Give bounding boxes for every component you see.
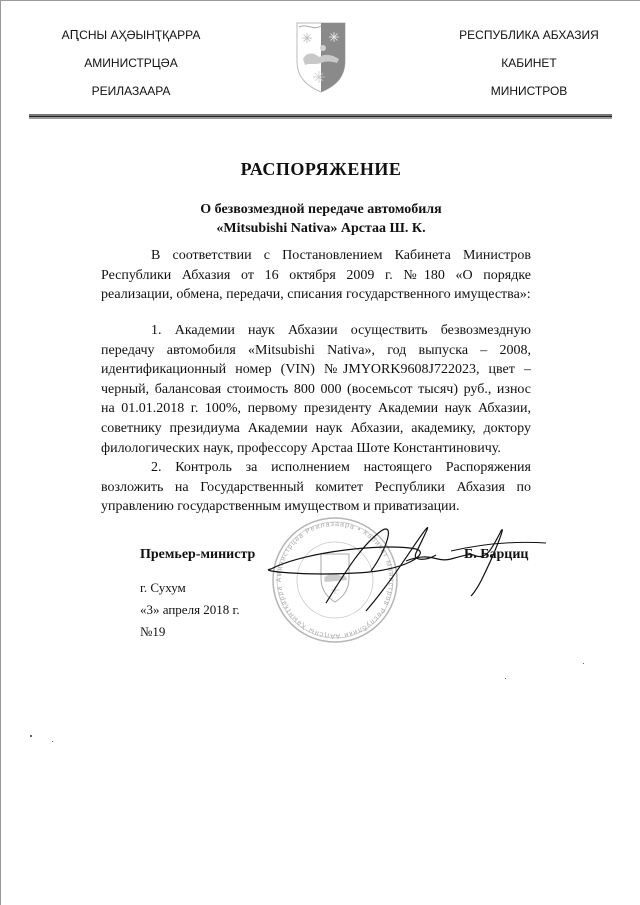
- signatory-name: Б. Барциц: [464, 547, 529, 563]
- intro-section: В соответствии с Постановлением Кабинета…: [101, 246, 531, 305]
- header-right-line-2: КАБИНЕТ: [419, 49, 639, 77]
- coat-of-arms-icon: [295, 21, 347, 93]
- scan-speck: [52, 741, 53, 742]
- document-number: №19: [140, 624, 165, 640]
- order-item-2: 2. Контроль за исполнением настоящего Ра…: [101, 458, 531, 517]
- scan-speck: [583, 663, 584, 664]
- header-left-line-2: АМИНИСТРЦӘА: [21, 49, 241, 77]
- header-divider-light: [29, 117, 612, 119]
- order-item-1: 1. Академии наук Абхазии осуществить без…: [101, 321, 531, 458]
- header-right-block: РЕСПУБЛИКА АБХАЗИЯ КАБИНЕТ МИНИСТРОВ: [419, 21, 639, 105]
- document-type-title: РАСПОРЯЖЕНИЕ: [1, 159, 640, 180]
- issue-city: г. Сухум: [140, 580, 186, 596]
- subject-line-2: «Mitsubishi Nativa» Арстаа Ш. К.: [1, 219, 640, 238]
- intro-paragraph: В соответствии с Постановлением Кабинета…: [101, 246, 531, 305]
- document-subject: О безвозмездной передаче автомобиля «Mit…: [1, 200, 640, 238]
- scan-speck: [30, 735, 32, 737]
- header-left-line-3: РЕИЛАЗААРА: [21, 77, 241, 105]
- issue-date: «3» апреля 2018 г.: [140, 602, 240, 618]
- scan-speck: [505, 678, 506, 679]
- header-left-block: АԤСНЫ АҲӘЫНҬҚАРРА АМИНИСТРЦӘА РЕИЛАЗААРА: [21, 21, 241, 105]
- signatory-position: Премьер-министр: [140, 547, 255, 563]
- subject-line-1: О безвозмездной передаче автомобиля: [1, 200, 640, 219]
- handwritten-signature: [266, 521, 551, 616]
- header-right-line-1: РЕСПУБЛИКА АБХАЗИЯ: [419, 21, 639, 49]
- header-right-line-3: МИНИСТРОВ: [419, 77, 639, 105]
- header-left-line-1: АԤСНЫ АҲӘЫНҬҚАРРА: [21, 21, 241, 49]
- order-items: 1. Академии наук Абхазии осуществить без…: [101, 321, 531, 517]
